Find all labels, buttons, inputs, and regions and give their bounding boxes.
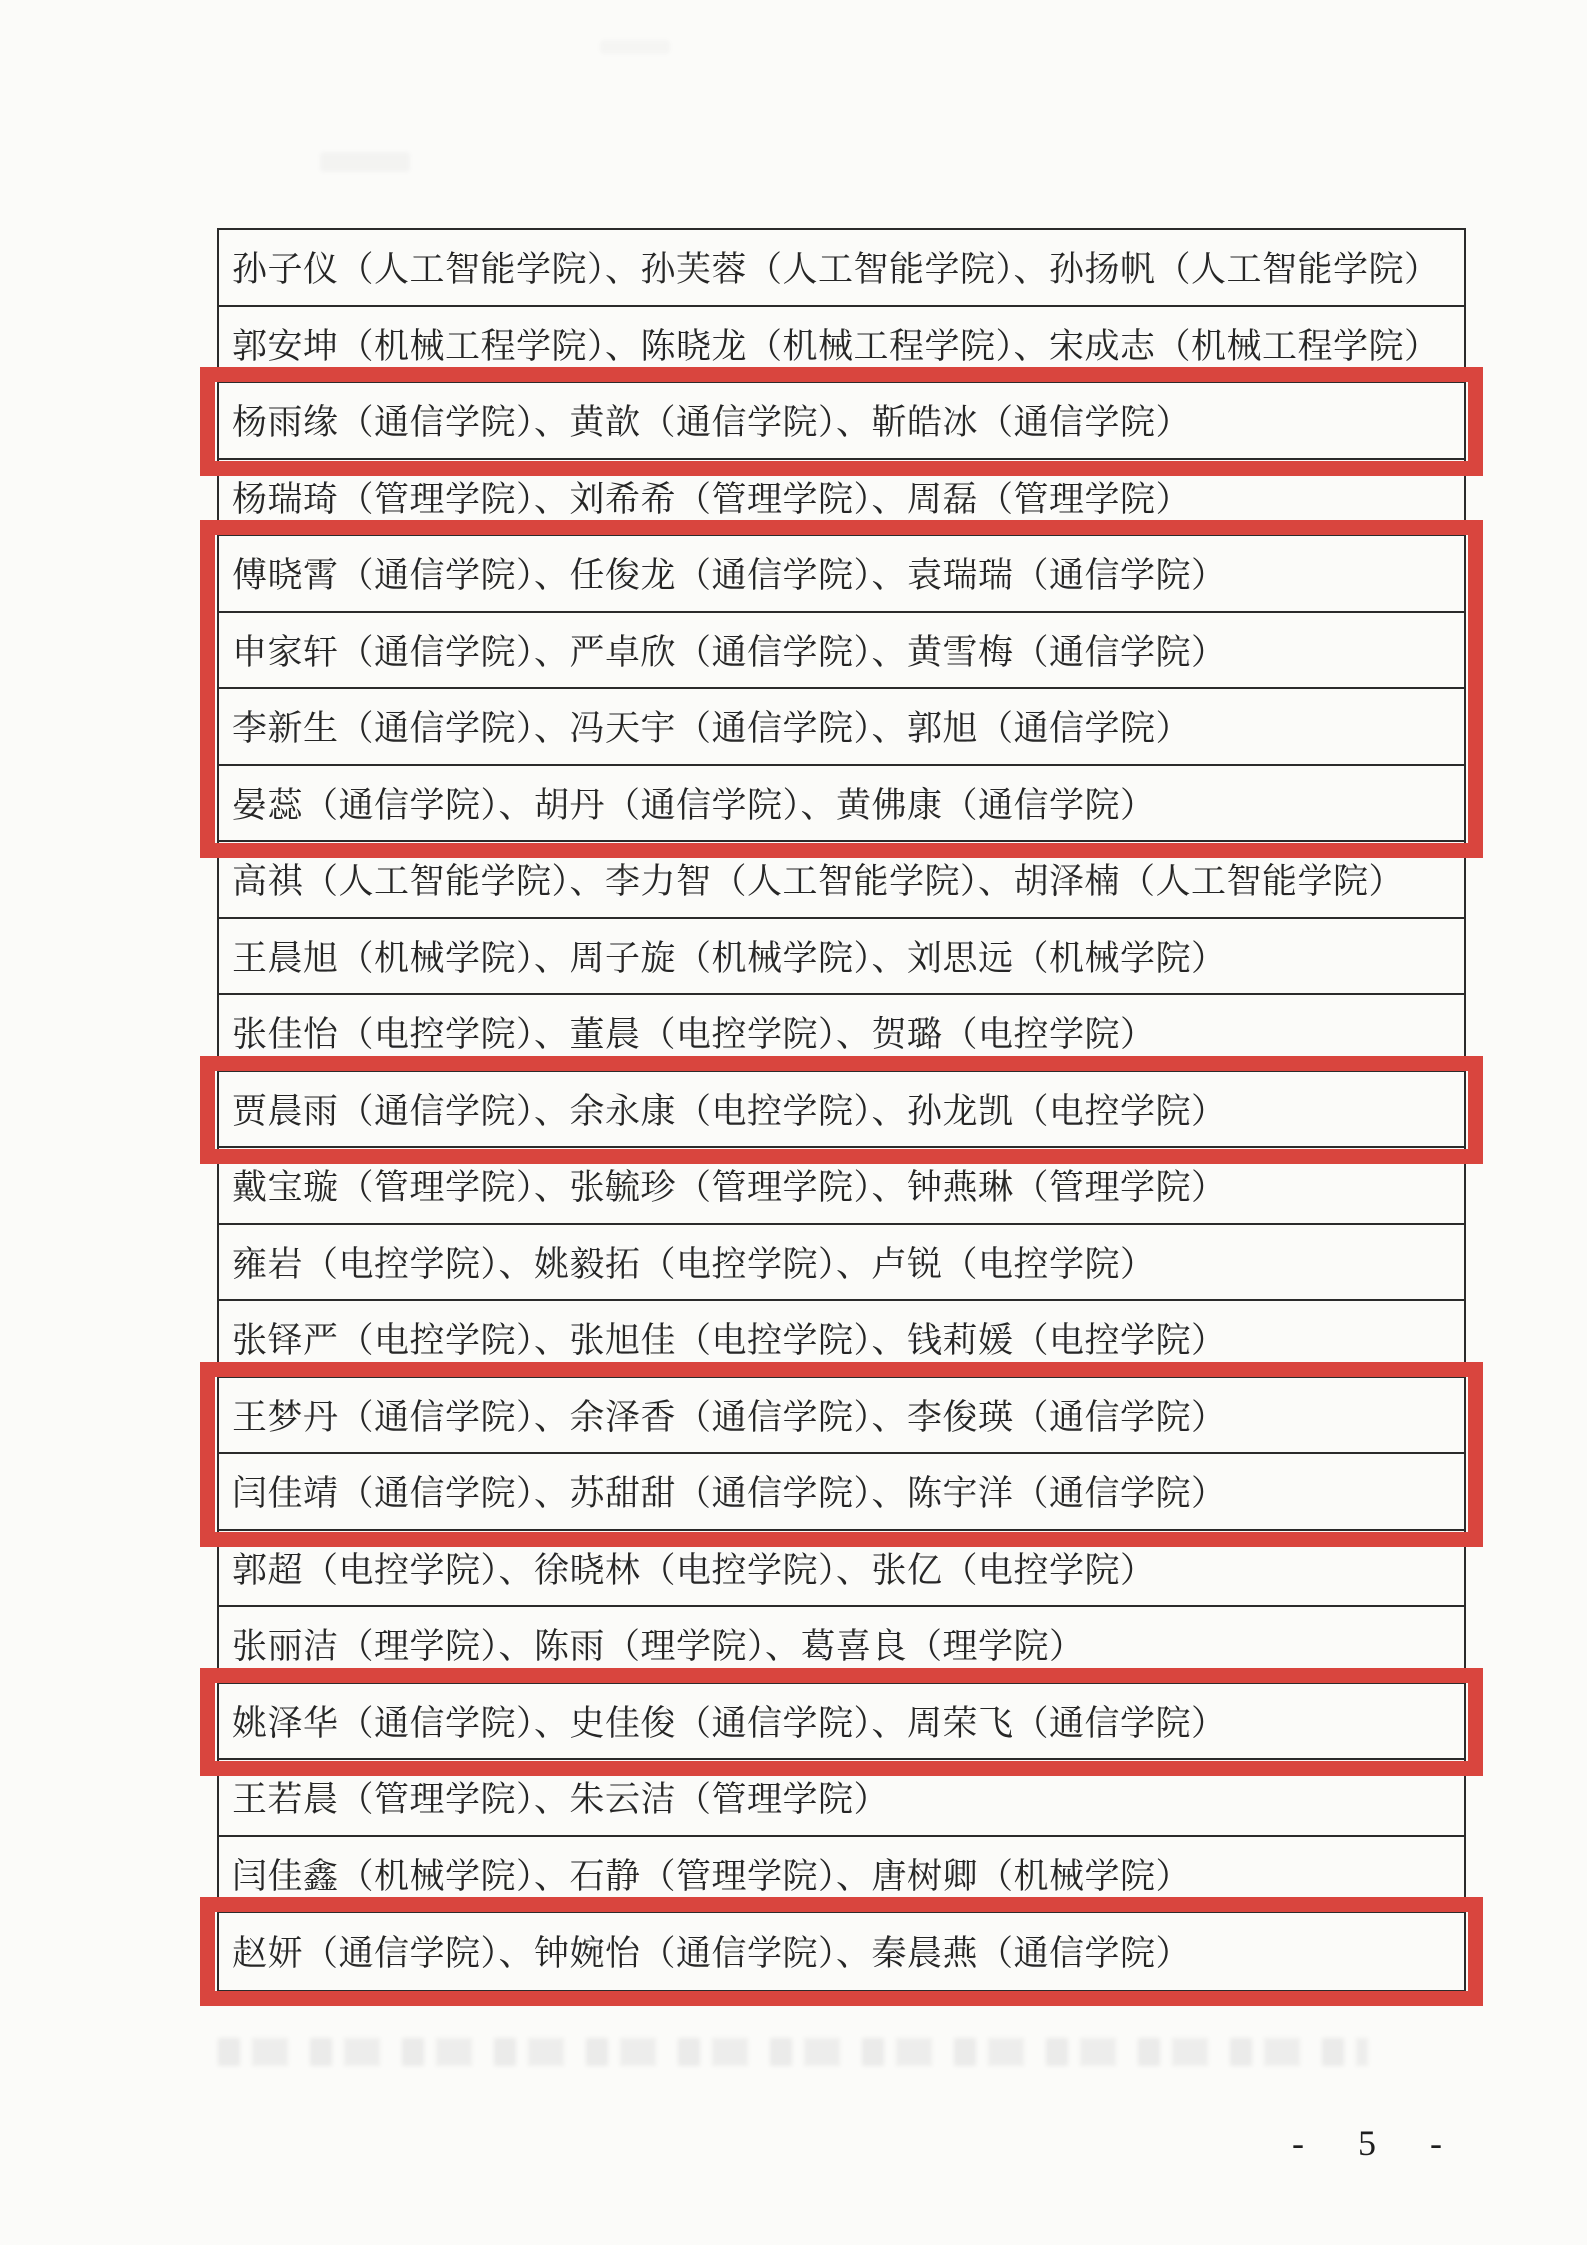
row-text: 李新生（通信学院）、冯天宇（通信学院）、郭旭（通信学院）	[232, 701, 1191, 751]
table-row: 姚泽华（通信学院）、史佳俊（通信学院）、周荣飞（通信学院）	[219, 1684, 1464, 1761]
table-row: 杨瑞琦（管理学院）、刘希希（管理学院）、周磊（管理学院）	[219, 460, 1464, 537]
table-row: 孙子仪（人工智能学院）、孙芙蓉（人工智能学院）、孙扬帆（人工智能学院）	[219, 230, 1464, 307]
row-text: 傅晓霄（通信学院）、任俊龙（通信学院）、袁瑞瑞（通信学院）	[232, 548, 1227, 598]
row-text: 闫佳靖（通信学院）、苏甜甜（通信学院）、陈宇洋（通信学院）	[232, 1466, 1227, 1516]
row-text: 雍岩（电控学院）、姚毅拓（电控学院）、卢锐（电控学院）	[232, 1237, 1156, 1287]
row-text: 杨雨缘（通信学院）、黄歆（通信学院）、靳皓冰（通信学院）	[232, 395, 1191, 445]
row-text: 姚泽华（通信学院）、史佳俊（通信学院）、周荣飞（通信学院）	[232, 1696, 1227, 1746]
table-row: 张丽洁（理学院）、陈雨（理学院）、葛喜良（理学院）	[219, 1607, 1464, 1684]
bleed-through-artifact	[218, 2038, 1368, 2066]
table-row: 杨雨缘（通信学院）、黄歆（通信学院）、靳皓冰（通信学院）	[219, 383, 1464, 460]
bleed-through-artifact	[320, 152, 410, 172]
table-row: 赵妍（通信学院）、钟婉怡（通信学院）、秦晨燕（通信学院）	[219, 1913, 1464, 1990]
table-row: 王若晨（管理学院）、朱云洁（管理学院）	[219, 1760, 1464, 1837]
table-row: 郭超（电控学院）、徐晓林（电控学院）、张亿（电控学院）	[219, 1531, 1464, 1608]
bleed-through-artifact	[600, 40, 670, 54]
table-row: 雍岩（电控学院）、姚毅拓（电控学院）、卢锐（电控学院）	[219, 1225, 1464, 1302]
row-text: 杨瑞琦（管理学院）、刘希希（管理学院）、周磊（管理学院）	[232, 472, 1191, 522]
table-row: 郭安坤（机械工程学院）、陈晓龙（机械工程学院）、宋成志（机械工程学院）	[219, 307, 1464, 384]
row-text: 孙子仪（人工智能学院）、孙芙蓉（人工智能学院）、孙扬帆（人工智能学院）	[232, 242, 1440, 292]
table-row: 王晨旭（机械学院）、周子旋（机械学院）、刘思远（机械学院）	[219, 919, 1464, 996]
table-row: 张铎严（电控学院）、张旭佳（电控学院）、钱莉媛（电控学院）	[219, 1301, 1464, 1378]
table-row: 申家轩（通信学院）、严卓欣（通信学院）、黄雪梅（通信学院）	[219, 613, 1464, 690]
table-row: 贾晨雨（通信学院）、余永康（电控学院）、孙龙凯（电控学院）	[219, 1072, 1464, 1149]
row-text: 贾晨雨（通信学院）、余永康（电控学院）、孙龙凯（电控学院）	[232, 1084, 1227, 1134]
roster-table: 孙子仪（人工智能学院）、孙芙蓉（人工智能学院）、孙扬帆（人工智能学院） 郭安坤（…	[217, 228, 1466, 1992]
table-row: 闫佳鑫（机械学院）、石静（管理学院）、唐树卿（机械学院）	[219, 1837, 1464, 1914]
row-text: 晏蕊（通信学院）、胡丹（通信学院）、黄佛康（通信学院）	[232, 778, 1156, 828]
table-row: 晏蕊（通信学院）、胡丹（通信学院）、黄佛康（通信学院）	[219, 766, 1464, 843]
row-text: 戴宝璇（管理学院）、张毓珍（管理学院）、钟燕琳（管理学院）	[232, 1160, 1227, 1210]
row-text: 郭超（电控学院）、徐晓林（电控学院）、张亿（电控学院）	[232, 1543, 1156, 1593]
table-row: 闫佳靖（通信学院）、苏甜甜（通信学院）、陈宇洋（通信学院）	[219, 1454, 1464, 1531]
row-text: 闫佳鑫（机械学院）、石静（管理学院）、唐树卿（机械学院）	[232, 1849, 1191, 1899]
row-text: 赵妍（通信学院）、钟婉怡（通信学院）、秦晨燕（通信学院）	[232, 1926, 1191, 1976]
row-text: 张丽洁（理学院）、陈雨（理学院）、葛喜良（理学院）	[232, 1619, 1085, 1669]
row-text: 张铎严（电控学院）、张旭佳（电控学院）、钱莉媛（电控学院）	[232, 1313, 1227, 1363]
document-page: 孙子仪（人工智能学院）、孙芙蓉（人工智能学院）、孙扬帆（人工智能学院） 郭安坤（…	[0, 0, 1587, 2245]
table-row: 傅晓霄（通信学院）、任俊龙（通信学院）、袁瑞瑞（通信学院）	[219, 536, 1464, 613]
row-text: 王梦丹（通信学院）、余泽香（通信学院）、李俊瑛（通信学院）	[232, 1390, 1227, 1440]
row-text: 申家轩（通信学院）、严卓欣（通信学院）、黄雪梅（通信学院）	[232, 625, 1227, 675]
row-text: 王若晨（管理学院）、朱云洁（管理学院）	[232, 1772, 889, 1822]
table-row: 高祺（人工智能学院）、李力智（人工智能学院）、胡泽楠（人工智能学院）	[219, 842, 1464, 919]
table-row: 戴宝璇（管理学院）、张毓珍（管理学院）、钟燕琳（管理学院）	[219, 1148, 1464, 1225]
row-text: 王晨旭（机械学院）、周子旋（机械学院）、刘思远（机械学院）	[232, 931, 1227, 981]
table-row: 李新生（通信学院）、冯天宇（通信学院）、郭旭（通信学院）	[219, 689, 1464, 766]
table-row: 王梦丹（通信学院）、余泽香（通信学院）、李俊瑛（通信学院）	[219, 1378, 1464, 1455]
page-number: - 5 -	[1292, 2122, 1454, 2164]
row-text: 郭安坤（机械工程学院）、陈晓龙（机械工程学院）、宋成志（机械工程学院）	[232, 319, 1440, 369]
table-row: 张佳怡（电控学院）、董晨（电控学院）、贺璐（电控学院）	[219, 995, 1464, 1072]
row-text: 张佳怡（电控学院）、董晨（电控学院）、贺璐（电控学院）	[232, 1007, 1156, 1057]
row-text: 高祺（人工智能学院）、李力智（人工智能学院）、胡泽楠（人工智能学院）	[232, 854, 1404, 904]
